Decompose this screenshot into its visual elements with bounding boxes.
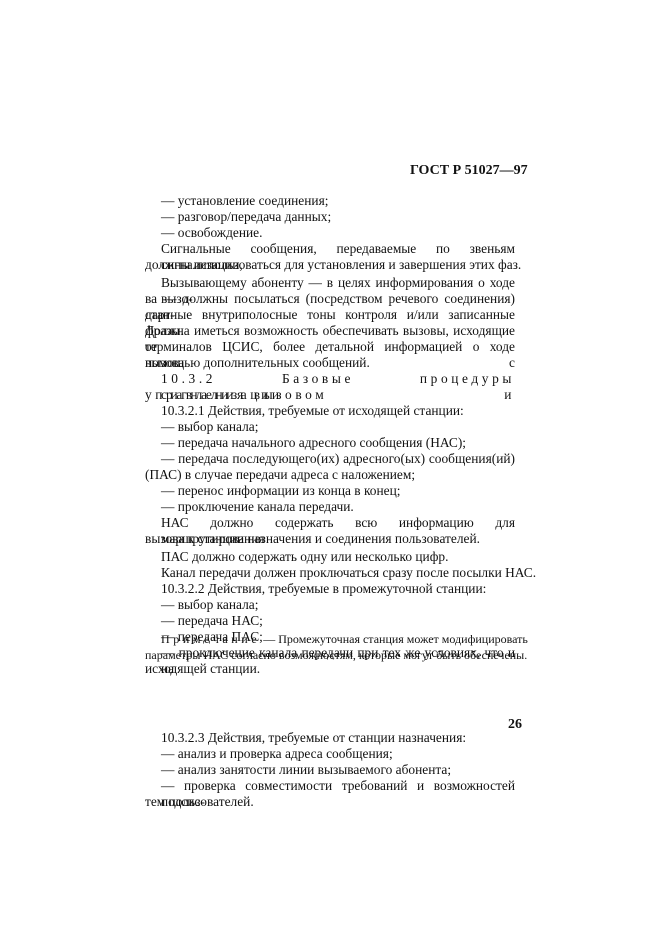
- text-line: должны использоваться для установления и…: [145, 257, 521, 273]
- text-line: — освобождение.: [161, 225, 262, 241]
- text-line: — передача НАС;: [161, 613, 263, 629]
- document-header: ГОСТ Р 51027—97: [410, 163, 528, 179]
- text-line: Канал передачи должен проключаться сразу…: [161, 565, 536, 581]
- text-line: — выбор канала;: [161, 597, 258, 613]
- note-line-2: параметры НАС согласно возможностям, кот…: [145, 647, 527, 663]
- text-line: помощью дополнительных сообщений.: [145, 355, 370, 371]
- text-line: тем пользователей.: [145, 794, 254, 810]
- text-line: — анализ занятости линии вызываемого або…: [161, 762, 451, 778]
- text-line: — установление соединения;: [161, 193, 328, 209]
- text-line: 10.3.2.2 Действия, требуемые в промежуто…: [161, 581, 486, 597]
- text-line: — разговор/передача данных;: [161, 209, 331, 225]
- text-line: исходящей станции.: [145, 661, 260, 677]
- note-line-1: Примечание — Промежуточная станция может…: [161, 631, 515, 647]
- note-label: Примечание: [161, 632, 260, 646]
- text-line: (ПАС) в случае передачи адреса с наложен…: [145, 467, 415, 483]
- text-line: — проключение канала передачи.: [161, 499, 354, 515]
- text-line: 10.3.2.3 Действия, требуемые от станции …: [161, 730, 466, 746]
- text-line: вызова к станции назначения и соединения…: [145, 531, 480, 547]
- text-line: — анализ и проверка адреса сообщения;: [161, 746, 393, 762]
- text-line: ПАС должно содержать одну или несколько …: [161, 549, 448, 565]
- text-line: — выбор канала;: [161, 419, 258, 435]
- text-line: управления вызовом: [145, 387, 327, 403]
- text-line: 10.3.2.1 Действия, требуемые от исходяще…: [161, 403, 464, 419]
- page-number: 26: [508, 717, 522, 733]
- text-line: — передача последующего(их) адресного(ых…: [161, 451, 515, 467]
- text-line: — передача начального адресного сообщени…: [161, 435, 466, 451]
- note-text-1: — Промежуточная станция может модифициро…: [263, 632, 528, 646]
- text-line: — перенос информации из конца в конец;: [161, 483, 400, 499]
